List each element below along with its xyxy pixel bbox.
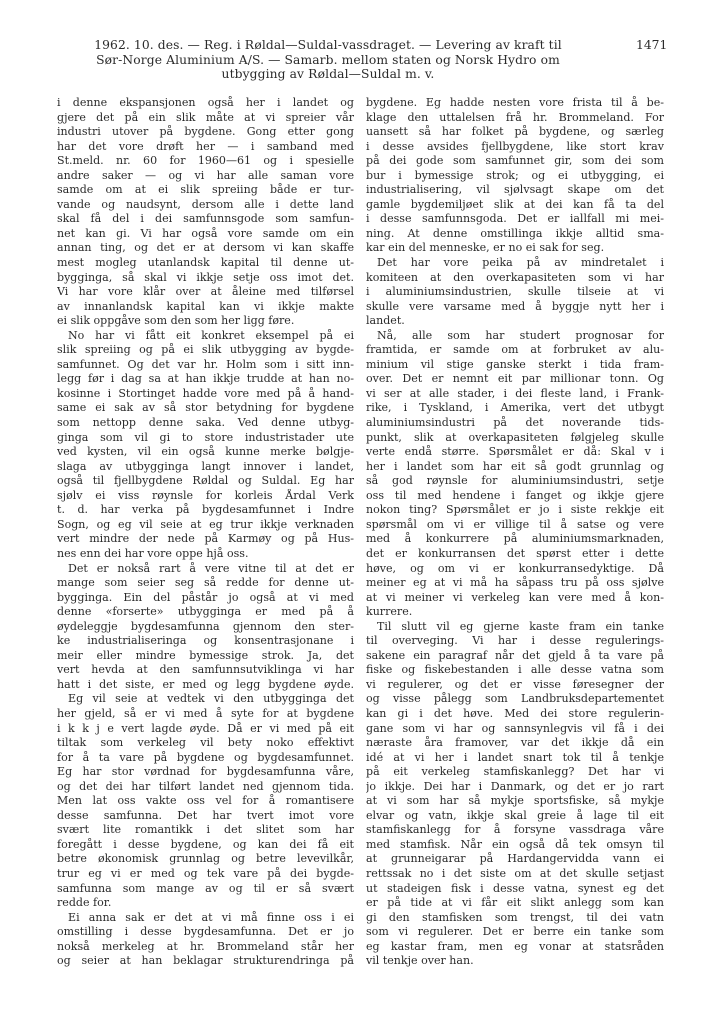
text-line: av innanlandsk kapital kan vi ikkje makt… — [57, 300, 354, 315]
text-line: skal få del i dei samfunnsgode som samfu… — [57, 212, 354, 227]
text-line: annan ting, og det er at dersom vi kan s… — [57, 241, 354, 256]
text-line: gamle bygdemiljøet slik at dei kan få ta… — [366, 198, 664, 213]
text-line: trur eg vi er med og tek vare på dei byg… — [57, 867, 354, 882]
text-line: Det har vore peika på av mindretalet i — [366, 256, 664, 271]
text-line: samde om at ei slik spreiing både er tur… — [57, 183, 354, 198]
text-line: denne «forserte» utbygginga er med på å — [57, 605, 354, 620]
text-line: landet. — [366, 314, 664, 329]
text-line: her i landet som har eit så godt grunnla… — [366, 460, 664, 475]
running-title-line-1: 1962. 10. des. — Reg. i Røldal—Suldal-va… — [58, 38, 598, 53]
text-line: framtida, er samde om at forbruket av al… — [366, 343, 664, 358]
text-line: næraste åra framover, var det ikkje då e… — [366, 736, 664, 751]
text-line: t. d. har verka på bygdesamfunnet i Indr… — [57, 503, 354, 518]
text-line: vert hevda at den samfunnsutviklinga vi … — [57, 663, 354, 678]
text-line: rettssak no i det siste om at det skulle… — [366, 867, 664, 882]
text-line: i aluminiumsindustrien, skulle tilseie a… — [366, 285, 664, 300]
text-line: ke industrialiseringa og konsentrasjonan… — [57, 634, 354, 649]
text-line: hatt i det siste, er med og legg bygdene… — [57, 678, 354, 693]
text-line: legg før i dag sa at han ikkje trudde at… — [57, 372, 354, 387]
text-line: Vi har vore klår over at åleine med tilf… — [57, 285, 354, 300]
text-line: Det er nokså rart å vere vitne til at de… — [57, 562, 354, 577]
text-line: komiteen at den overkapasiteten som vi h… — [366, 271, 664, 286]
text-line: stamfiskanlegg for å forsyne vassdraga v… — [366, 823, 664, 838]
text-line: kan gi i det høve. Med dei store reguler… — [366, 707, 664, 722]
text-line: vi regulerer, og det er visse føresegner… — [366, 678, 664, 693]
text-line: klage den uttalelsen frå hr. Brommeland.… — [366, 111, 664, 126]
text-line: Nå, alle som har studert prognosar for — [366, 329, 664, 344]
text-line: Eg vil seie at vedtek vi den utbygginga … — [57, 692, 354, 707]
text-line: No har vi fått eit konkret eksempel på e… — [57, 329, 354, 344]
text-line: spørsmål om vi er villige til å satse og… — [366, 518, 664, 533]
text-line: at vi meiner vi verkeleg kan vere med å … — [366, 591, 664, 606]
text-line: skulle vere varsame med å byggje nytt he… — [366, 300, 664, 315]
text-line: og seier at han beklagar strukturendring… — [57, 954, 354, 969]
text-line: desse samfunna. Det har tvert imot vore — [57, 809, 354, 824]
text-line: rike, i Tyskland, i Amerika, vert det ut… — [366, 401, 664, 416]
text-line: Ei anna sak er det at vi må finne oss i … — [57, 911, 354, 926]
text-line: ved kysten, vil ein også kunne merke bøl… — [57, 445, 354, 460]
text-line: slik spreiing og på ei slik utbygging av… — [57, 343, 354, 358]
text-line: som nettopp denne saka. Ved denne utbyg- — [57, 416, 354, 431]
text-line: som vi regulerer. Det er berre ein tanke… — [366, 925, 664, 940]
text-line: høve, og om vi er konkurransedyktige. Då — [366, 562, 664, 577]
text-line: kar ein del menneske, er no ei sak for s… — [366, 241, 664, 256]
text-line: betre økonomisk grunnlag og betre levevi… — [57, 852, 354, 867]
text-line: gane som vi har og sannsynlegvis vil få … — [366, 722, 664, 737]
text-line: vande og naudsynt, dersom alle i dette l… — [57, 198, 354, 213]
text-line: i denne ekspansjonen også her i landet o… — [57, 96, 354, 111]
text-line: og det dei har tilført landet ned gjenno… — [57, 780, 354, 795]
text-line: kosinne i Stortinget hadde vore med på å… — [57, 387, 354, 402]
text-line: svært lite romantikk i det slitet som ha… — [57, 823, 354, 838]
text-line: Til slutt vil eg gjerne kaste fram ein t… — [366, 620, 664, 635]
text-line: samfunnet. Og det var hr. Holm som i sit… — [57, 358, 354, 373]
text-line: Sogn, og eg vil seie at eg trur ikkje ve… — [57, 518, 354, 533]
text-line: på dei gode som samfunnet gir, som dei s… — [366, 154, 664, 169]
text-line: bur i bymessige strok; og ei utbygging, … — [366, 169, 664, 184]
text-line: oss til med hendene i fanget og ikkje gj… — [366, 489, 664, 504]
text-line: mest mogleg utanlandsk kapital til denne… — [57, 256, 354, 271]
text-line: foregått i desse bygdene, og kan dei få … — [57, 838, 354, 853]
text-line: Eg har stor vørdnad for bygdesamfunna vå… — [57, 765, 354, 780]
text-line: for å ta vare på bygdene og bygdesamfunn… — [57, 751, 354, 766]
text-line: net kan gi. Vi har også vore samde om ei… — [57, 227, 354, 242]
text-line: Men lat oss vakte oss vel for å romantis… — [57, 794, 354, 809]
text-line: det er konkurransen det spørst etter i d… — [366, 547, 664, 562]
text-line: aluminiumsindustri på det noverande tids… — [366, 416, 664, 431]
text-line: meir eller mindre bymessige strok. Ja, d… — [57, 649, 354, 664]
text-line: redde for. — [57, 896, 354, 911]
text-line: eg kastar fram, men eg vonar at statsråd… — [366, 940, 664, 955]
text-line: samfunna som mange av og til er så svært — [57, 882, 354, 897]
text-line: slaga av utbygginga langt innover i land… — [57, 460, 354, 475]
text-line: at vi som har så mykje sportsfiske, så m… — [366, 794, 664, 809]
text-line: mange som seier seg så redde for denne u… — [57, 576, 354, 591]
text-line: bygginga. Ein del påstår jo også at vi m… — [57, 591, 354, 606]
text-line: nes enn dei har vore oppe hjå oss. — [57, 547, 354, 562]
text-line: meiner eg at vi må ha såpass tru på oss … — [366, 576, 664, 591]
text-line: øydeleggje bygdesamfunna gjennom den ste… — [57, 620, 354, 635]
text-line: bygdene. Eg hadde nesten vore frista til… — [366, 96, 664, 111]
text-line: her gjeld, så er vi med å syte for at by… — [57, 707, 354, 722]
text-line: med stamfisk. Når ein også då tek omsyn … — [366, 838, 664, 853]
running-title: 1962. 10. des. — Reg. i Røldal—Suldal-va… — [58, 38, 598, 82]
text-line: vi ser at alle stader, i dei fleste land… — [366, 387, 664, 402]
text-line: på eit verkeleg stamfiskanlegg? Det har … — [366, 765, 664, 780]
text-line: sakene ein paragraf når det gjeld å ta v… — [366, 649, 664, 664]
text-line: bygginga, så skal vi ikkje setje oss imo… — [57, 271, 354, 286]
text-line: ei slik oppgåve som den som her ligg før… — [57, 314, 354, 329]
text-line: elvar og vatn, ikkje skal greie å lage t… — [366, 809, 664, 824]
running-title-line-3: utbygging av Røldal—Suldal m. v. — [58, 67, 598, 82]
text-line: vil tenkje over han. — [366, 954, 664, 969]
text-line: i k k j e vert lagde øyde. Då er vi med … — [57, 722, 354, 737]
text-line: idé at vi her i landet snart tok til å t… — [366, 751, 664, 766]
text-line: og visse pålegg som Landbruksdepartement… — [366, 692, 664, 707]
text-line: St.meld. nr. 60 for 1960—61 og i spesiel… — [57, 154, 354, 169]
text-line: har det vore drøft her — i samband med — [57, 140, 354, 155]
text-line: minium vil stige ganske sterkt i tida fr… — [366, 358, 664, 373]
text-line: jo ikkje. Dei har i Danmark, og det er j… — [366, 780, 664, 795]
left-text-column: i denne ekspansjonen også her i landet o… — [57, 96, 354, 969]
running-title-line-2: Sør-Norge Aluminium A/S. — Samarb. mello… — [58, 53, 598, 68]
text-line: nokon ting? Spørsmålet er jo i siste rek… — [366, 503, 664, 518]
text-line: gi den stamfisken som trengst, til dei v… — [366, 911, 664, 926]
text-line: ginga som vil gi to store industristader… — [57, 431, 354, 446]
page-number: 1471 — [636, 38, 667, 53]
text-line: andre saker — og vi har alle saman vore — [57, 169, 354, 184]
text-line: omstilling i desse bygdesamfunna. Det er… — [57, 925, 354, 940]
text-line: til overveging. Vi har i desse regulerin… — [366, 634, 664, 649]
text-line: fiske og fiskebestanden i alle desse vat… — [366, 663, 664, 678]
text-line: vert mindre der nede på Karmøy og på Hus… — [57, 532, 354, 547]
right-text-column: bygdene. Eg hadde nesten vore frista til… — [366, 96, 664, 969]
text-line: ning. At denne omstillinga ikkje alltid … — [366, 227, 664, 242]
text-line: uansett så har folket på bygdene, og sær… — [366, 125, 664, 140]
text-line: verte endå større. Spørsmålet er då: Ska… — [366, 445, 664, 460]
text-line: med å konkurrere på aluminiumsmarknaden, — [366, 532, 664, 547]
text-line: tiltak som verkeleg vil bety noko effekt… — [57, 736, 354, 751]
text-line: gjere det på ein slik måte at vi spreier… — [57, 111, 354, 126]
text-line: ut stadeigen fisk i desse vatna, synest … — [366, 882, 664, 897]
text-line: er på tide at vi får eit slikt anlegg so… — [366, 896, 664, 911]
text-line: i desse samfunnsgoda. Det er iallfall mi… — [366, 212, 664, 227]
text-line: sjølv ei viss røynsle for korleis Årdal … — [57, 489, 354, 504]
text-line: også til fjellbygdene Røldal og Suldal. … — [57, 474, 354, 489]
text-line: i desse avsides fjellbygdene, like stort… — [366, 140, 664, 155]
text-line: kurrere. — [366, 605, 664, 620]
text-line: industrialisering, vil sjølvsagt skape o… — [366, 183, 664, 198]
text-line: at grunneigarar på Hardangervidda vann e… — [366, 852, 664, 867]
text-line: punkt, slik at overkapasiteten følgjeleg… — [366, 431, 664, 446]
text-line: så god røynsle for aluminiumsindustri, s… — [366, 474, 664, 489]
text-line: nokså merkeleg at hr. Brommeland står he… — [57, 940, 354, 955]
text-line: over. Det er nemnt eit par millionar ton… — [366, 372, 664, 387]
text-line: same ei sak av så stor betydning for byg… — [57, 401, 354, 416]
text-line: industri utover på bygdene. Gong etter g… — [57, 125, 354, 140]
